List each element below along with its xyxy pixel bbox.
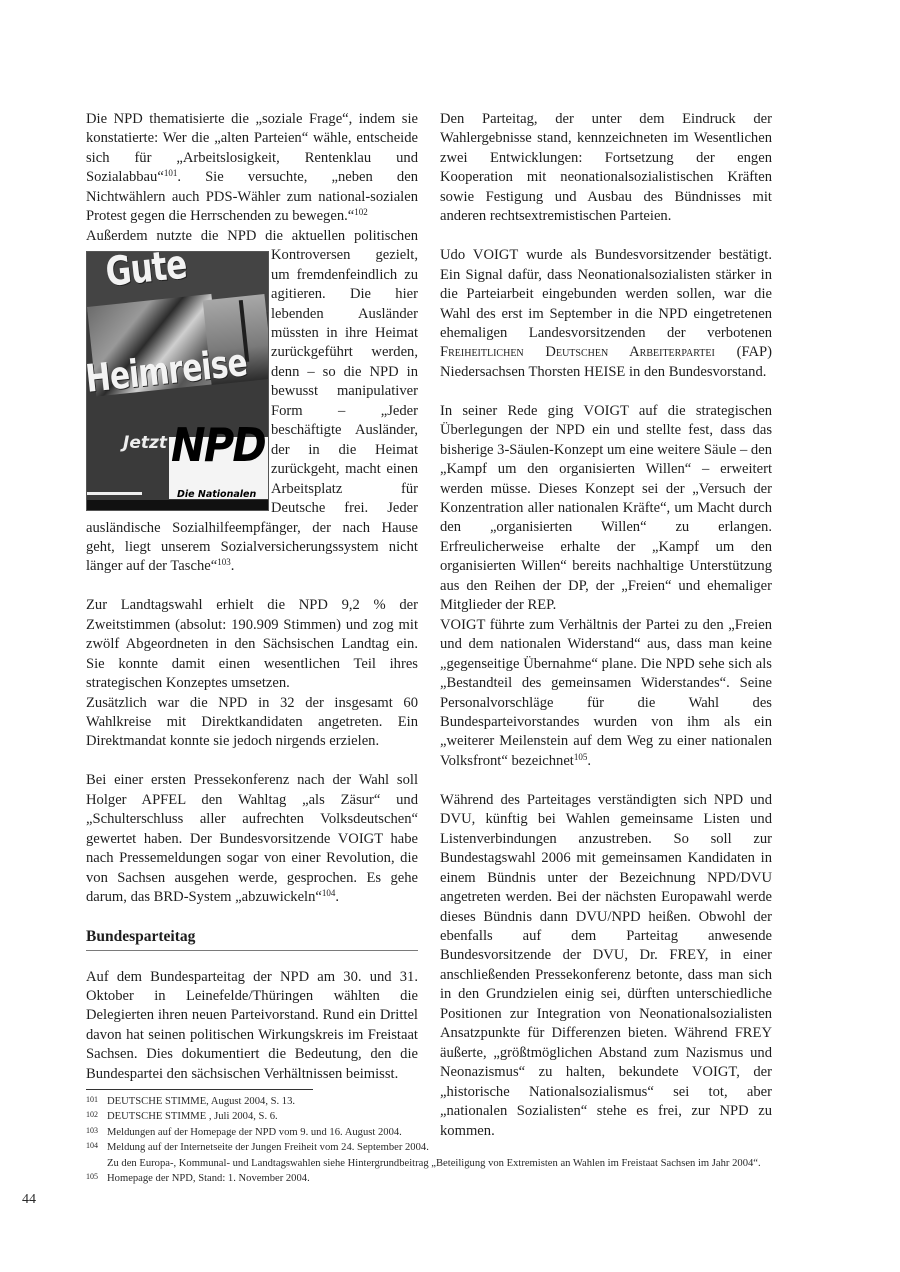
paragraph-pressekonferenz: Bei einer ersten Pressekonferenz nach de…: [86, 771, 418, 907]
footnote-text: DEUTSCHE STIMME, August 2004, S. 13.: [107, 1096, 295, 1107]
footnote-104: 104 Meldung auf der Internetseite der Ju…: [86, 1140, 786, 1171]
footnote-ref-103[interactable]: 103: [217, 557, 231, 567]
paragraph-parteitag: Den Parteitag, der unter dem Eindruck de…: [440, 110, 772, 227]
footnote-102: 102 DEUTSCHE STIMME , Juli 2004, S. 6.: [86, 1109, 786, 1124]
paragraph-verhaeltnis-freie: VOIGT führte zum Verhältnis der Partei z…: [440, 616, 772, 772]
npd-poster-image: Gute Heimreise Jetzt NPD Die Nationalen: [86, 251, 269, 511]
footnote-103: 103 Meldungen auf der Homepage der NPD v…: [86, 1125, 786, 1140]
left-column: Die NPD thematisierte die „soziale Frage…: [86, 110, 418, 1084]
section-heading-bundesparteitag: Bundesparteitag: [86, 927, 418, 951]
paragraph-text: .: [335, 889, 339, 905]
poster-text-gute: Gute: [105, 256, 187, 284]
page-number: 44: [22, 1192, 36, 1208]
paragraph-text: .: [587, 753, 591, 769]
footnote-continuation: Zu den Europa-, Kommunal- und Landtagswa…: [107, 1158, 761, 1169]
footnote-105: 105 Homepage der NPD, Stand: 1. November…: [86, 1171, 786, 1186]
npd-logo: NPD: [171, 436, 265, 455]
footnote-number: 105: [86, 1169, 98, 1184]
poster-bottom-band: [87, 500, 268, 510]
paragraph-soziale-frage: Die NPD thematisierte die „soziale Frage…: [86, 110, 418, 227]
footnote-number: 104: [86, 1138, 98, 1153]
footnote-number: 101: [86, 1092, 98, 1107]
footnote-text: Homepage der NPD, Stand: 1. November 200…: [107, 1173, 310, 1184]
paragraph-fremdenfeindlich: Außerdem nutzte die NPD die aktuellen po…: [86, 227, 418, 577]
poster-stripe: [87, 492, 142, 495]
paragraph-rede-voigt: In seiner Rede ging VOIGT auf die strate…: [440, 402, 772, 616]
paragraph-voigt-bestaetigt: Udo VOIGT wurde als Bundesvorsitzender b…: [440, 246, 772, 382]
footnote-divider: [86, 1089, 313, 1090]
footnote-ref-105[interactable]: 105: [574, 752, 588, 762]
paragraph-text: .: [231, 558, 235, 574]
party-name-fap: Freiheitlichen Deutschen Arbeiterpartei: [440, 344, 715, 360]
paragraph-bundesparteitag: Auf dem Bundesparteitag der NPD am 30. u…: [86, 968, 418, 1085]
footnotes: 101 DEUTSCHE STIMME, August 2004, S. 13.…: [86, 1094, 786, 1186]
paragraph-text-line1: Außerdem nutzte die NPD die aktuellen po…: [86, 227, 418, 246]
footnote-text: Meldungen auf der Homepage der NPD vom 9…: [107, 1127, 402, 1138]
footnote-ref-101[interactable]: 101: [164, 168, 178, 178]
paragraph-text: Udo VOIGT wurde als Bundesvorsitzender b…: [440, 247, 772, 341]
footnote-ref-102[interactable]: 102: [354, 207, 368, 217]
footnote-text: Meldung auf der Internetseite der Jungen…: [107, 1142, 429, 1153]
footnote-ref-104[interactable]: 104: [322, 888, 336, 898]
poster-text-heimreise: Heimreise: [86, 353, 248, 389]
footnote-text: DEUTSCHE STIMME , Juli 2004, S. 6.: [107, 1111, 278, 1122]
footnote-101: 101 DEUTSCHE STIMME, August 2004, S. 13.: [86, 1094, 786, 1109]
poster-text-jetzt: Jetzt: [123, 434, 167, 453]
paragraph-npd-dvu: Während des Parteitages verständigten si…: [440, 791, 772, 1141]
footnote-number: 103: [86, 1123, 98, 1138]
paragraph-text: VOIGT führte zum Verhältnis der Partei z…: [440, 617, 772, 769]
paragraph-landtagswahl: Zur Landtagswahl erhielt die NPD 9,2 % d…: [86, 596, 418, 693]
paragraph-wahlkreise: Zusätzlich war die NPD in 32 der insgesa…: [86, 694, 418, 752]
right-column: Den Parteitag, der unter dem Eindruck de…: [440, 110, 772, 1141]
paragraph-text: Bei einer ersten Pressekonferenz nach de…: [86, 772, 418, 905]
footnote-number: 102: [86, 1107, 98, 1122]
